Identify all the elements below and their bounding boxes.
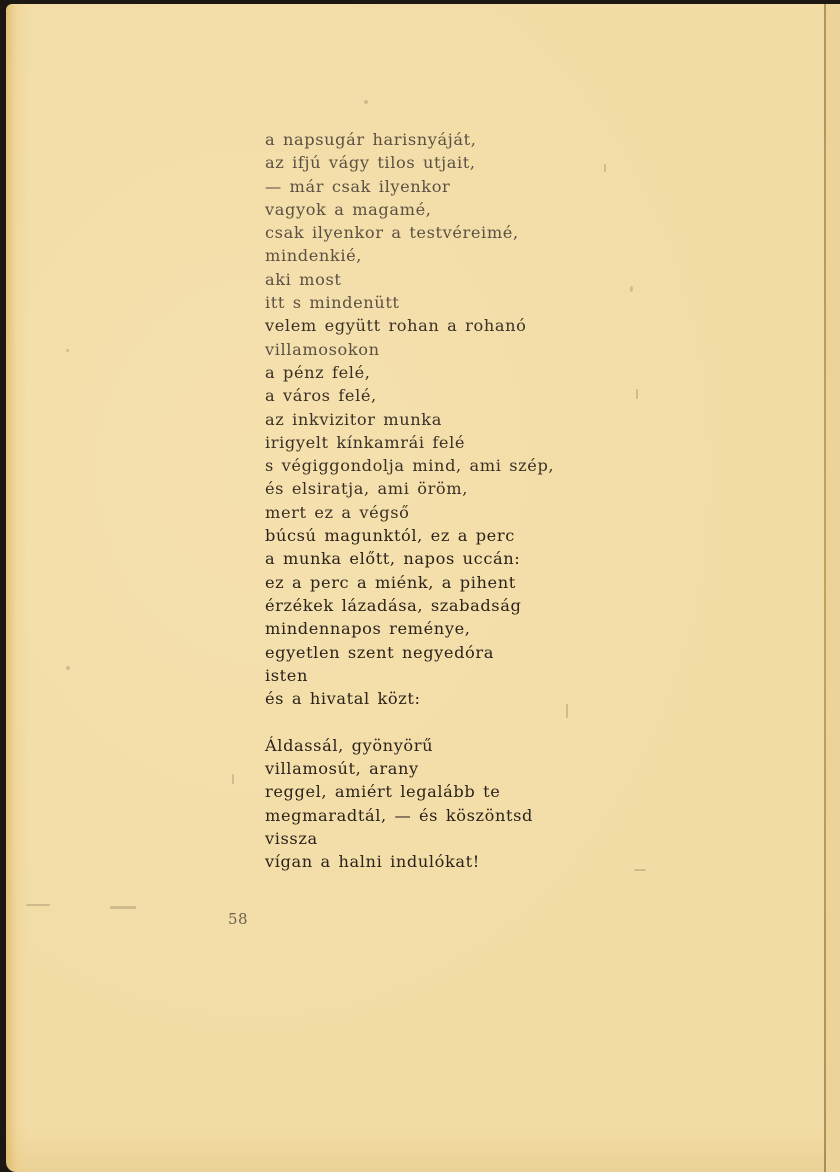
poem-line: itt s mindenütt (265, 291, 554, 314)
scanned-page: a napsugár harisnyáját, az ifjú vágy til… (0, 0, 840, 1172)
poem-line: megmaradtál, — és köszöntsd (265, 804, 554, 827)
poem-line: az ifjú vágy tilos utjait, (265, 151, 554, 174)
poem-line: és elsiratja, ami öröm, (265, 477, 554, 500)
paper-speck (232, 774, 234, 784)
poem-line: Áldassál, gyönyörű (265, 734, 554, 757)
poem-line: egyetlen szent negyedóra (265, 641, 554, 664)
paper-speck (604, 164, 606, 172)
adjacent-page-edge (826, 4, 840, 1172)
poem-line: a város felé, (265, 384, 554, 407)
poem-line: a pénz felé, (265, 361, 554, 384)
paper-speck (66, 349, 69, 352)
poem-line: villamosokon (265, 338, 554, 361)
poem-line: a napsugár harisnyáját, (265, 128, 554, 151)
paper-speck (636, 389, 638, 399)
poem-line: csak ilyenkor a testvéreimé, (265, 221, 554, 244)
paper-speck (110, 906, 136, 909)
poem-line: és a hivatal közt: (265, 687, 554, 710)
stanza-break (265, 710, 554, 733)
poem-line: mert ez a végső (265, 501, 554, 524)
poem-line: érzékek lázadása, szabadság (265, 594, 554, 617)
poem-line: az inkvizitor munka (265, 408, 554, 431)
poem-line: mindennapos reménye, (265, 617, 554, 640)
poem-line: mindenkié, (265, 244, 554, 267)
poem-line: velem együtt rohan a rohanó (265, 314, 554, 337)
paper-speck (566, 704, 568, 718)
poem-line: búcsú magunktól, ez a perc (265, 524, 554, 547)
paper-speck (66, 666, 70, 670)
poem-line: aki most (265, 268, 554, 291)
poem-line: vagyok a magamé, (265, 198, 554, 221)
poem-line: reggel, amiért legalább te (265, 780, 554, 803)
poem-line: irigyelt kínkamrái felé (265, 431, 554, 454)
poem-line: villamosút, arany (265, 757, 554, 780)
poem-text: a napsugár harisnyáját, az ifjú vágy til… (265, 128, 554, 874)
page-number: 58 (228, 910, 248, 928)
paper-speck (630, 286, 633, 292)
poem-line: vígan a halni indulókat! (265, 850, 554, 873)
paper-speck (634, 869, 646, 871)
paper-speck (26, 904, 50, 906)
poem-line: s végiggondolja mind, ami szép, (265, 454, 554, 477)
poem-line: ez a perc a miénk, a pihent (265, 571, 554, 594)
paper-speck (364, 100, 368, 104)
poem-line: vissza (265, 827, 554, 850)
poem-line: isten (265, 664, 554, 687)
poem-line: a munka előtt, napos uccán: (265, 547, 554, 570)
poem-line: — már csak ilyenkor (265, 175, 554, 198)
